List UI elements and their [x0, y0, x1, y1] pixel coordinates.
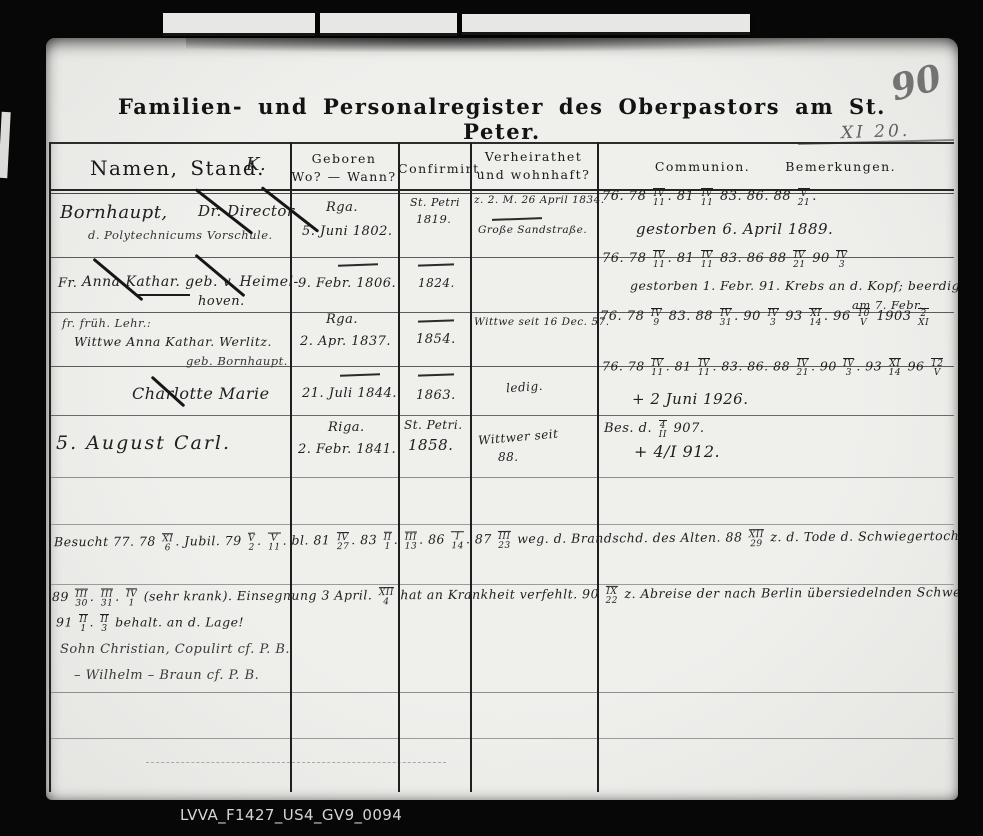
ditto-dash [418, 373, 454, 376]
column-rule [49, 142, 51, 792]
column-rule [290, 142, 292, 792]
entry-name: Bornhaupt, [60, 202, 168, 223]
header-pencil-k: K. [246, 154, 266, 175]
row-rule [49, 738, 954, 739]
visit-notes-line1: Besucht 77. 78 XI6. Jubil. 79 V2. V11. b… [54, 526, 958, 555]
ditto-dash [340, 373, 380, 376]
ditto-dash [492, 217, 542, 221]
row-rule-dashed [146, 762, 446, 763]
entry-confirmed-year: 1863. [416, 388, 456, 403]
underline-mark [138, 294, 190, 296]
entry-residence: Große Sandstraße. [478, 224, 587, 236]
entry-born-place: Rga. [326, 312, 358, 327]
entry-married-year: 88. [498, 450, 519, 464]
archive-scan-viewer: { "viewer": { "caption": "LVVA_F1427_US4… [0, 0, 983, 836]
scan-edge-strip [462, 14, 750, 35]
entry-name: 5. August Carl. [56, 432, 231, 454]
column-rule [470, 142, 472, 792]
entry-death-note: + 2 Juni 1926. [632, 390, 749, 408]
entry-death-note: gestorben 6. April 1889. [636, 220, 833, 238]
register-title: Familien- und Personalregister des Oberp… [102, 94, 902, 144]
entry-born-place: Riga. [328, 420, 365, 435]
entry-name-sub: hoven. [198, 294, 245, 309]
header-confirmirt: Confirmirt. [398, 160, 470, 178]
header-verheirathet: Verheirathet und wohnhaft? [470, 148, 597, 184]
entry-communion-dates: 76. 78 IV11. 81 IV11. 83. 86. 88 IV21. 9… [602, 358, 945, 379]
entry-name: Charlotte Marie [132, 384, 270, 403]
entry-death-note: gestorben 1. Febr. 91. Krebs an d. Kopf;… [630, 278, 958, 293]
entry-born-date: 21. Juli 1844. [302, 386, 397, 401]
entry-confirmed-year: 1819. [416, 212, 451, 226]
entry-communion-dates: 76. 78 IV11. 81 IV11 83. 86. 88 V21. [602, 188, 817, 209]
header-verheirathet-line1: Verheirathet [470, 148, 597, 166]
entry-born-date: 5. Juni 1802. [302, 224, 393, 239]
row-rule [49, 692, 954, 693]
entry-born-date: 2. Febr. 1841. [298, 442, 396, 457]
header-geboren: Geboren Wo? — Wann? [290, 150, 398, 186]
entry-communion-dates: 76. 78 IV9 83. 88 IV31. 90 IV3 93 XI14. … [600, 308, 931, 329]
entry-confirmed-year: 1824. [418, 276, 455, 290]
entry-communion-dates: 76. 78 IV11. 81 IV11 83. 86 88 IV21 90 I… [602, 250, 849, 271]
entry-communion-dates: Bes. d. 4II 907. [604, 420, 704, 441]
header-geboren-line2: Wo? — Wann? [290, 168, 398, 186]
header-namen-stand: Namen, Stand. [90, 156, 265, 180]
ditto-dash [418, 263, 454, 266]
ditto-dash [338, 263, 378, 266]
children-note-line1: Sohn Christian, Copulirt cf. P. B. [60, 642, 290, 657]
entry-name-prefix: Fr. [58, 276, 77, 291]
document-page-scan[interactable]: 90 Familien- und Personalregister des Ob… [46, 38, 958, 800]
entry-name: Wittwe Anna Kathar. Werlitz. [74, 334, 272, 349]
header-communion-bemerkungen: Communion. Bemerkungen. [597, 158, 954, 176]
visit-notes-line2: 89 III30. III31. IV1 (sehr krank). Einse… [52, 583, 958, 609]
entry-married: ledig. [506, 379, 544, 396]
entry-married: Wittwer seit [478, 427, 559, 448]
entry-confirmed-place: St. Petri. [404, 418, 463, 432]
facing-page-sliver [0, 112, 11, 178]
children-note-line2: – Wilhelm – Braun cf. P. B. [74, 668, 259, 683]
entry-born-place: Rga. [326, 200, 358, 215]
scan-edge-strip [163, 13, 315, 36]
entry-name-sub: geb. Bornhaupt. [186, 354, 288, 368]
entry-confirmed-year: 1854. [416, 332, 456, 347]
scan-edge-strip [320, 13, 457, 36]
entry-confirmed-place: St. Petri [410, 196, 460, 209]
row-rule [49, 524, 954, 525]
row-rule [49, 415, 954, 416]
entry-death-note: + 4/I 912. [634, 442, 720, 461]
column-rule [398, 142, 400, 792]
entry-name-prefix: fr. früh. Lehr.: [62, 316, 151, 330]
scan-filename-caption: LVVA_F1427_US4_GV9_0094 [180, 806, 402, 824]
entry-born-date: 9. Febr. 1806. [298, 276, 396, 291]
scan-smudge [186, 38, 826, 52]
visit-notes-line3: 91 II1. II3 behalt. an d. Lage! [56, 614, 244, 635]
entry-married: z. 2. M. 26 April 1834. [474, 194, 605, 206]
column-rule [597, 142, 599, 792]
header-communion: Communion. [655, 159, 750, 174]
ditto-dash [418, 319, 454, 322]
entry-married: Wittwe seit 16 Dec. 57. [474, 316, 610, 328]
row-rule [49, 477, 954, 478]
header-bottom-rule [49, 189, 954, 191]
table-top-rule [49, 142, 954, 144]
header-verheirathet-line2: und wohnhaft? [470, 166, 597, 184]
header-geboren-line1: Geboren [290, 150, 398, 168]
header-bemerkungen: Bemerkungen. [785, 159, 896, 174]
entry-born-date: 2. Apr. 1837. [300, 334, 391, 349]
entry-confirmed-year: 1858. [408, 436, 453, 454]
